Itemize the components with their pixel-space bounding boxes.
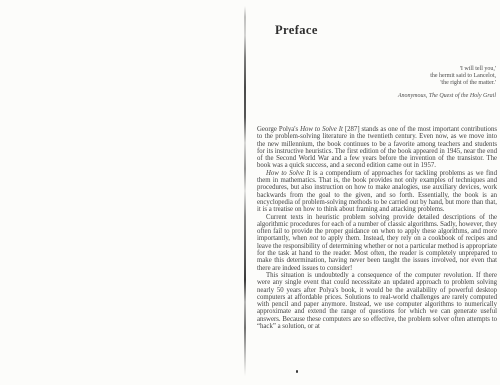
scanned-book-spread: Preface 'I will tell you,'the hermit sai… bbox=[0, 0, 500, 385]
epigraph-attribution: Anonymous, The Quest of the Holy Grail bbox=[300, 93, 496, 100]
epigraph-line: 'I will tell you,' bbox=[300, 66, 496, 73]
body-text: George Polya's How to Solve It [287] sta… bbox=[257, 126, 497, 330]
paragraph: This situation is undoubtedly a conseque… bbox=[257, 272, 497, 330]
epigraph-line: 'the right of the matter.' bbox=[300, 80, 496, 87]
epigraph-line: the hermit said to Lancelot, bbox=[300, 73, 496, 80]
paragraph: How to Solve It is a compendium of appro… bbox=[257, 170, 497, 214]
paragraph: Current texts in heuristic problem solvi… bbox=[257, 214, 497, 272]
page-gutter-shadow bbox=[244, 6, 246, 376]
epigraph-lines: 'I will tell you,'the hermit said to Lan… bbox=[300, 66, 496, 87]
page-title: Preface bbox=[275, 23, 318, 38]
paragraph: George Polya's How to Solve It [287] sta… bbox=[257, 126, 497, 170]
epigraph: 'I will tell you,'the hermit said to Lan… bbox=[300, 66, 496, 100]
scan-speck-artifact bbox=[296, 370, 298, 373]
